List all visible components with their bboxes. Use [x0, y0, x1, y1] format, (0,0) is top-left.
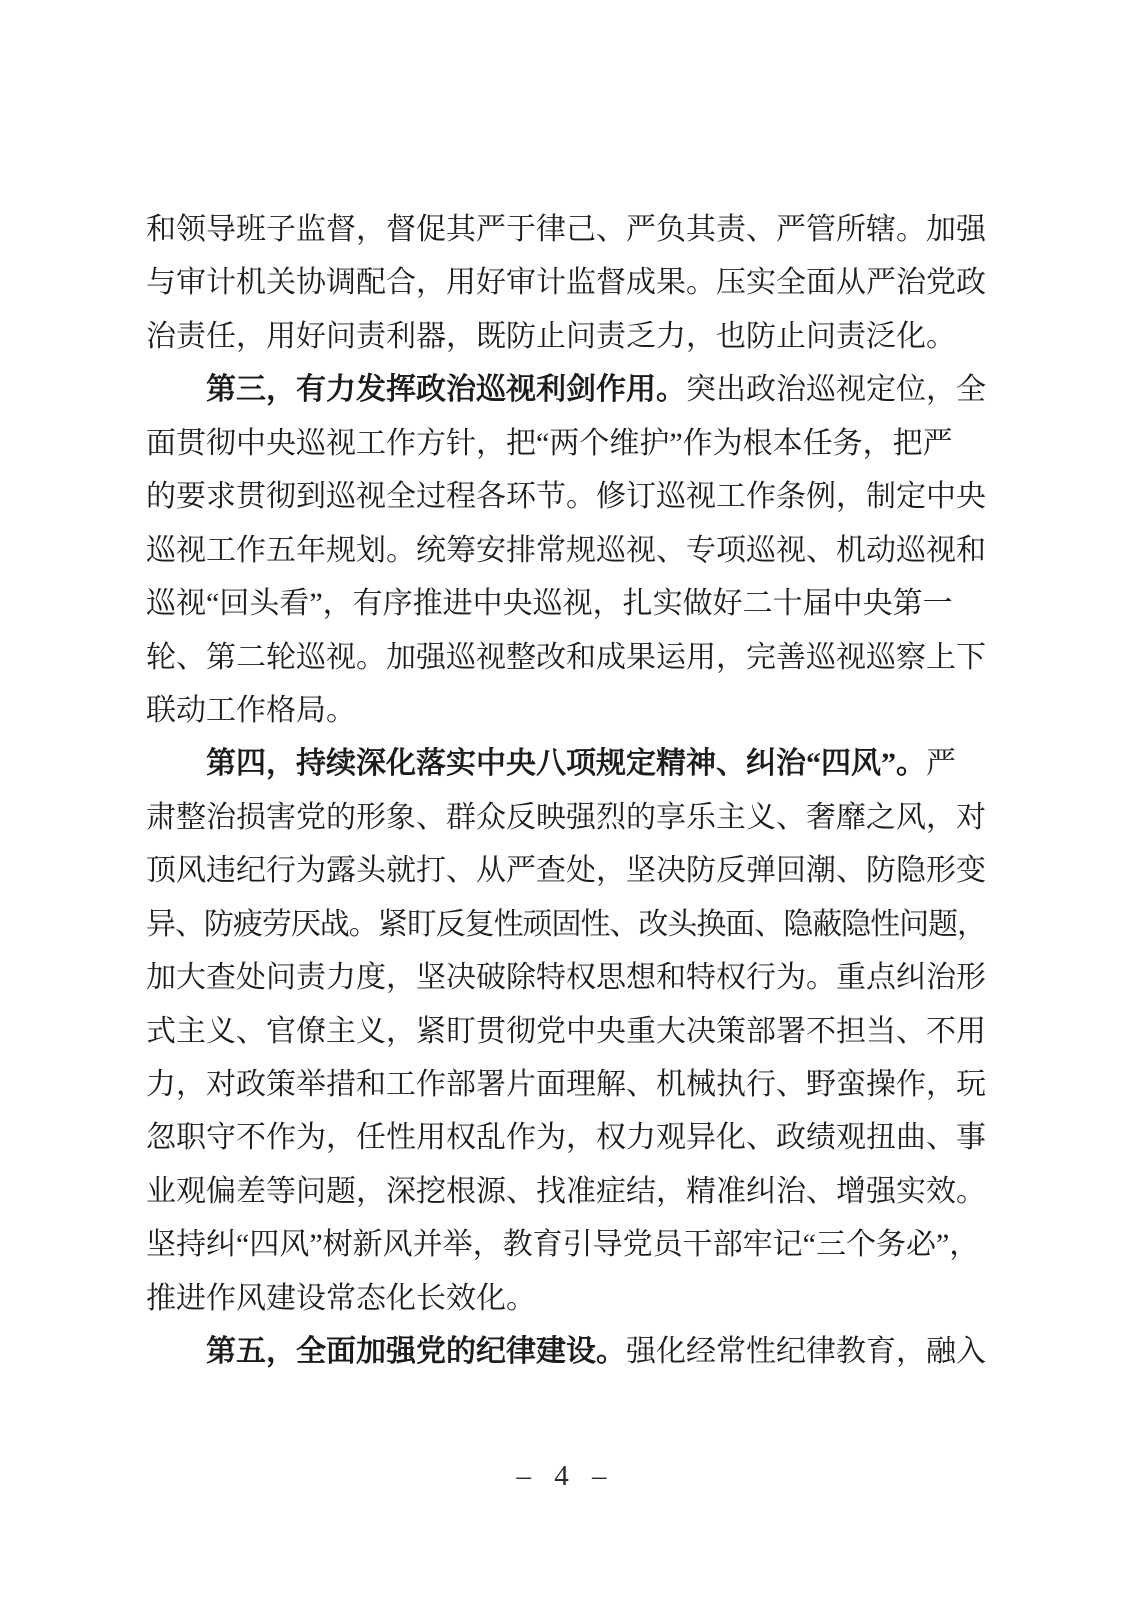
- text-segment: 强化经常性纪律教育，融入: [626, 1335, 986, 1368]
- document-line: 轮、第二轮巡视。加强巡视整改和成果运用，完善巡视巡察上下: [146, 631, 986, 684]
- document-line: 肃整治损害党的形象、群众反映强烈的享乐主义、奢靡之风，对: [146, 791, 986, 844]
- document-line: 与审计机关协调配合，用好审计监督成果。压实全面从严治党政: [146, 256, 986, 309]
- document-line: 面贯彻中央巡视工作方针，把“两个维护”作为根本任务，把严: [146, 417, 986, 470]
- paragraph-heading-segment: 第五，全面加强党的纪律建设。: [206, 1335, 626, 1368]
- document-line: 第五，全面加强党的纪律建设。强化经常性纪律教育，融入: [146, 1325, 986, 1378]
- document-line: 的要求贯彻到巡视全过程各环节。修订巡视工作条例，制定中央: [146, 470, 986, 523]
- text-segment: 的要求贯彻到巡视全过程各环节。修订巡视工作条例，制定中央: [146, 480, 986, 513]
- document-line: 巡视工作五年规划。统筹安排常规巡视、专项巡视、机动巡视和: [146, 524, 986, 577]
- text-segment: 坚持纠“四风”树新风并举，教育引导党员干部牢记“三个务必”，: [146, 1228, 979, 1261]
- document-line: 坚持纠“四风”树新风并举，教育引导党员干部牢记“三个务必”，: [146, 1218, 986, 1271]
- document-line: 业观偏差等问题，深挖根源、找准症结，精准纠治、增强实效。: [146, 1165, 986, 1218]
- text-segment: 式主义、官僚主义，紧盯贯彻党中央重大决策部署不担当、不用: [146, 1015, 986, 1048]
- document-body: 和领导班子监督，督促其严于律己、严负其责、严管所辖。加强与审计机关协调配合，用好…: [146, 203, 986, 1379]
- document-line: 忽职守不作为，任性用权乱作为，权力观异化、政绩观扭曲、事: [146, 1111, 986, 1164]
- text-segment: 与审计机关协调配合，用好审计监督成果。压实全面从严治党政: [146, 266, 986, 299]
- text-segment: 忽职守不作为，任性用权乱作为，权力观异化、政绩观扭曲、事: [146, 1121, 986, 1154]
- document-line: 顶风违纪行为露头就打、从严查处，坚决防反弹回潮、防隐形变: [146, 844, 986, 897]
- text-segment: 轮、第二轮巡视。加强巡视整改和成果运用，完善巡视巡察上下: [146, 641, 986, 674]
- text-segment: 力，对政策举措和工作部署片面理解、机械执行、野蛮操作，玩: [146, 1068, 986, 1101]
- document-page: 和领导班子监督，督促其严于律己、严负其责、严管所辖。加强与审计机关协调配合，用好…: [0, 0, 1131, 1600]
- text-segment: 顶风违纪行为露头就打、从严查处，坚决防反弹回潮、防隐形变: [146, 854, 986, 887]
- document-line: 异、防疲劳厌战。紧盯反复性顽固性、改头换面、隐蔽隐性问题，: [146, 898, 986, 951]
- document-line: 联动工作格局。: [146, 684, 986, 737]
- text-segment: 巡视工作五年规划。统筹安排常规巡视、专项巡视、机动巡视和: [146, 534, 986, 567]
- document-line: 力，对政策举措和工作部署片面理解、机械执行、野蛮操作，玩: [146, 1058, 986, 1111]
- text-segment: 巡视“回头看”，有序推进中央巡视，扎实做好二十届中央第一: [146, 587, 953, 620]
- document-line: 巡视“回头看”，有序推进中央巡视，扎实做好二十届中央第一: [146, 577, 986, 630]
- text-segment: 治责任，用好问责利器，既防止问责乏力，也防止问责泛化。: [146, 320, 956, 353]
- text-segment: 异、防疲劳厌战。紧盯反复性顽固性、改头换面、隐蔽隐性问题，: [146, 908, 986, 941]
- page-number: – 4 –: [0, 1458, 1131, 1494]
- document-line: 治责任，用好问责利器，既防止问责乏力，也防止问责泛化。: [146, 310, 986, 363]
- document-line: 第三，有力发挥政治巡视利剑作用。突出政治巡视定位，全: [146, 363, 986, 416]
- text-segment: 推进作风建设常态化长效化。: [146, 1282, 536, 1315]
- text-segment: 严: [926, 747, 956, 780]
- document-line: 和领导班子监督，督促其严于律己、严负其责、严管所辖。加强: [146, 203, 986, 256]
- document-line: 推进作风建设常态化长效化。: [146, 1272, 986, 1325]
- text-segment: 面贯彻中央巡视工作方针，把“两个维护”作为根本任务，把严: [146, 427, 953, 460]
- text-segment: 业观偏差等问题，深挖根源、找准症结，精准纠治、增强实效。: [146, 1175, 986, 1208]
- document-line: 式主义、官僚主义，紧盯贯彻党中央重大决策部署不担当、不用: [146, 1005, 986, 1058]
- text-segment: 突出政治巡视定位，全: [686, 373, 986, 406]
- document-line: 第四，持续深化落实中央八项规定精神、纠治“四风”。严: [146, 737, 986, 790]
- text-segment: 联动工作格局。: [146, 694, 356, 727]
- paragraph-heading-segment: 第四，持续深化落实中央八项规定精神、纠治“四风”。: [206, 747, 926, 780]
- text-segment: 肃整治损害党的形象、群众反映强烈的享乐主义、奢靡之风，对: [146, 801, 986, 834]
- text-segment: 和领导班子监督，督促其严于律己、严负其责、严管所辖。加强: [146, 213, 986, 246]
- paragraph-heading-segment: 第三，有力发挥政治巡视利剑作用。: [206, 373, 686, 406]
- document-line: 加大查处问责力度，坚决破除特权思想和特权行为。重点纠治形: [146, 951, 986, 1004]
- text-segment: 加大查处问责力度，坚决破除特权思想和特权行为。重点纠治形: [146, 961, 986, 994]
